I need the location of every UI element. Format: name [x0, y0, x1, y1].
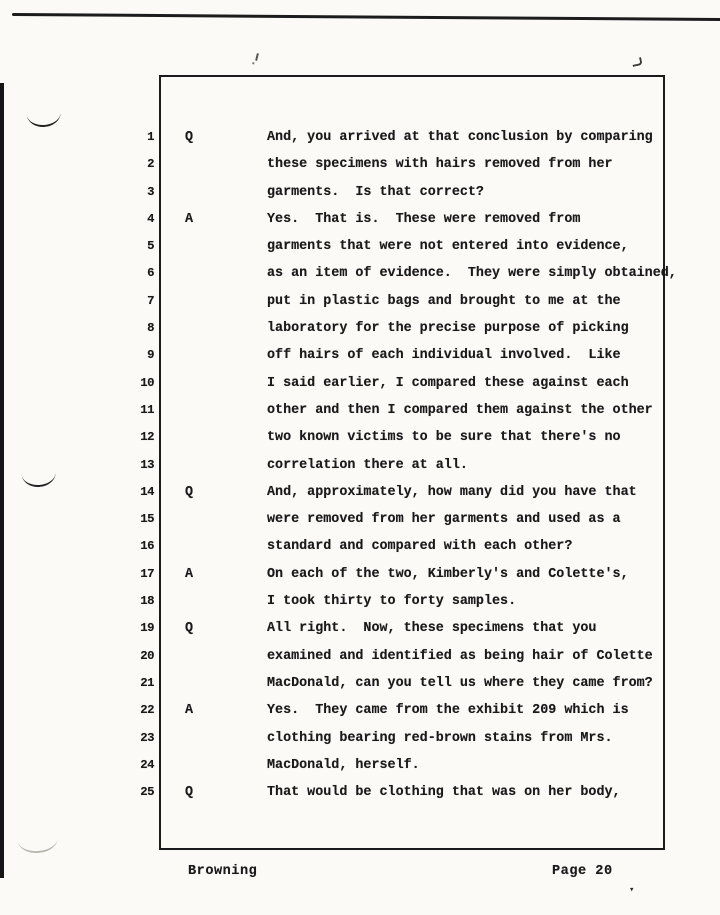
ink-speck-top-center	[255, 53, 259, 61]
line-text: garments. Is that correct?	[267, 179, 484, 206]
transcript-line: 25QThat would be clothing that was on he…	[130, 779, 710, 806]
line-number: 5	[130, 233, 154, 260]
line-number: 7	[130, 288, 154, 315]
transcript-line: 8laboratory for the precise purpose of p…	[130, 315, 710, 342]
line-text: these specimens with hairs removed from …	[267, 151, 613, 178]
transcript-line: 21MacDonald, can you tell us where they …	[130, 670, 710, 697]
transcript-line: 22AYes. They came from the exhibit 209 w…	[130, 697, 710, 724]
transcript-line: 10I said earlier, I compared these again…	[130, 370, 710, 397]
speaker-label: Q	[185, 615, 193, 642]
transcript-line: 19QAll right. Now, these specimens that …	[130, 615, 710, 642]
line-number: 12	[130, 424, 154, 451]
transcript-line: 12two known victims to be sure that ther…	[130, 424, 710, 451]
transcript-line: 20examined and identified as being hair …	[130, 643, 710, 670]
line-text: other and then I compared them against t…	[267, 397, 653, 424]
line-number: 20	[130, 643, 154, 670]
line-text: MacDonald, herself.	[267, 752, 420, 779]
line-text: And, you arrived at that conclusion by c…	[267, 124, 653, 151]
transcript-line: 14QAnd, approximately, how many did you …	[130, 479, 710, 506]
transcript-line: 17AOn each of the two, Kimberly's and Co…	[130, 561, 710, 588]
line-text: On each of the two, Kimberly's and Colet…	[267, 561, 629, 588]
line-number: 1	[130, 124, 154, 151]
line-number: 13	[130, 452, 154, 479]
transcript-line: 4AYes. That is. These were removed from	[130, 206, 710, 233]
transcript-line: 6as an item of evidence. They were simpl…	[130, 260, 710, 287]
line-number: 8	[130, 315, 154, 342]
line-number: 10	[130, 370, 154, 397]
line-text: I took thirty to forty samples.	[267, 588, 516, 615]
line-text: were removed from her garments and used …	[267, 506, 621, 533]
binder-left-edge-bar	[0, 83, 4, 878]
transcript-line: 9off hairs of each individual involved. …	[130, 342, 710, 369]
ink-speck-top-right	[631, 57, 642, 67]
line-number: 16	[130, 533, 154, 560]
speaker-label: Q	[185, 124, 193, 151]
transcript-line: 7put in plastic bags and brought to me a…	[130, 288, 710, 315]
line-number: 18	[130, 588, 154, 615]
line-text: standard and compared with each other?	[267, 533, 572, 560]
transcript-lines: 1QAnd, you arrived at that conclusion by…	[130, 124, 710, 806]
transcript-line: 5garments that were not entered into evi…	[130, 233, 710, 260]
speaker-label: A	[185, 561, 193, 588]
line-number: 19	[130, 615, 154, 642]
line-number: 23	[130, 725, 154, 752]
transcript-line: 3garments. Is that correct?	[130, 179, 710, 206]
transcript-line: 2these specimens with hairs removed from…	[130, 151, 710, 178]
line-number: 3	[130, 179, 154, 206]
line-text: All right. Now, these specimens that you	[267, 615, 596, 642]
line-text: And, approximately, how many did you hav…	[267, 479, 637, 506]
line-number: 9	[130, 342, 154, 369]
line-number: 11	[130, 397, 154, 424]
line-text: put in plastic bags and brought to me at…	[267, 288, 621, 315]
line-text: Yes. That is. These were removed from	[267, 206, 580, 233]
line-number: 17	[130, 561, 154, 588]
transcript-line: 13correlation there at all.	[130, 452, 710, 479]
line-text: clothing bearing red-brown stains from M…	[267, 725, 613, 752]
transcript-line: 23clothing bearing red-brown stains from…	[130, 725, 710, 752]
punch-hole-arc-top	[27, 111, 62, 128]
line-text: as an item of evidence. They were simply…	[267, 260, 677, 287]
transcript-line: 15were removed from her garments and use…	[130, 506, 710, 533]
footer-reporter-name: Browning	[188, 864, 257, 879]
transcript-line: 11other and then I compared them against…	[130, 397, 710, 424]
ink-speck-bottom-right: ▾	[629, 886, 634, 895]
line-text: Yes. They came from the exhibit 209 whic…	[267, 697, 629, 724]
speaker-label: A	[185, 206, 193, 233]
line-text: off hairs of each individual involved. L…	[267, 342, 621, 369]
line-text: MacDonald, can you tell us where they ca…	[267, 670, 653, 697]
speaker-label: Q	[185, 779, 193, 806]
line-number: 15	[130, 506, 154, 533]
transcript-line: 1QAnd, you arrived at that conclusion by…	[130, 124, 710, 151]
line-number: 24	[130, 752, 154, 779]
line-text: correlation there at all.	[267, 452, 468, 479]
scan-top-edge-line	[12, 13, 720, 20]
transcript-page: ▾ 1QAnd, you arrived at that conclusion …	[0, 0, 720, 915]
line-text: I said earlier, I compared these against…	[267, 370, 629, 397]
line-text: That would be clothing that was on her b…	[267, 779, 621, 806]
line-number: 6	[130, 260, 154, 287]
line-number: 22	[130, 697, 154, 724]
punch-hole-arc-middle	[22, 471, 57, 488]
line-number: 4	[130, 206, 154, 233]
line-number: 2	[130, 151, 154, 178]
speaker-label: Q	[185, 479, 193, 506]
transcript-line: 16standard and compared with each other?	[130, 533, 710, 560]
line-text: laboratory for the precise purpose of pi…	[267, 315, 629, 342]
line-number: 25	[130, 779, 154, 806]
transcript-line: 24MacDonald, herself.	[130, 752, 710, 779]
transcript-line: 18I took thirty to forty samples.	[130, 588, 710, 615]
speaker-label: A	[185, 697, 193, 724]
line-text: garments that were not entered into evid…	[267, 233, 629, 260]
line-number: 21	[130, 670, 154, 697]
line-text: examined and identified as being hair of…	[267, 643, 653, 670]
line-text: two known victims to be sure that there'…	[267, 424, 621, 451]
footer-page-number: Page 20	[552, 864, 613, 879]
line-number: 14	[130, 479, 154, 506]
punch-hole-arc-bottom	[18, 837, 59, 855]
